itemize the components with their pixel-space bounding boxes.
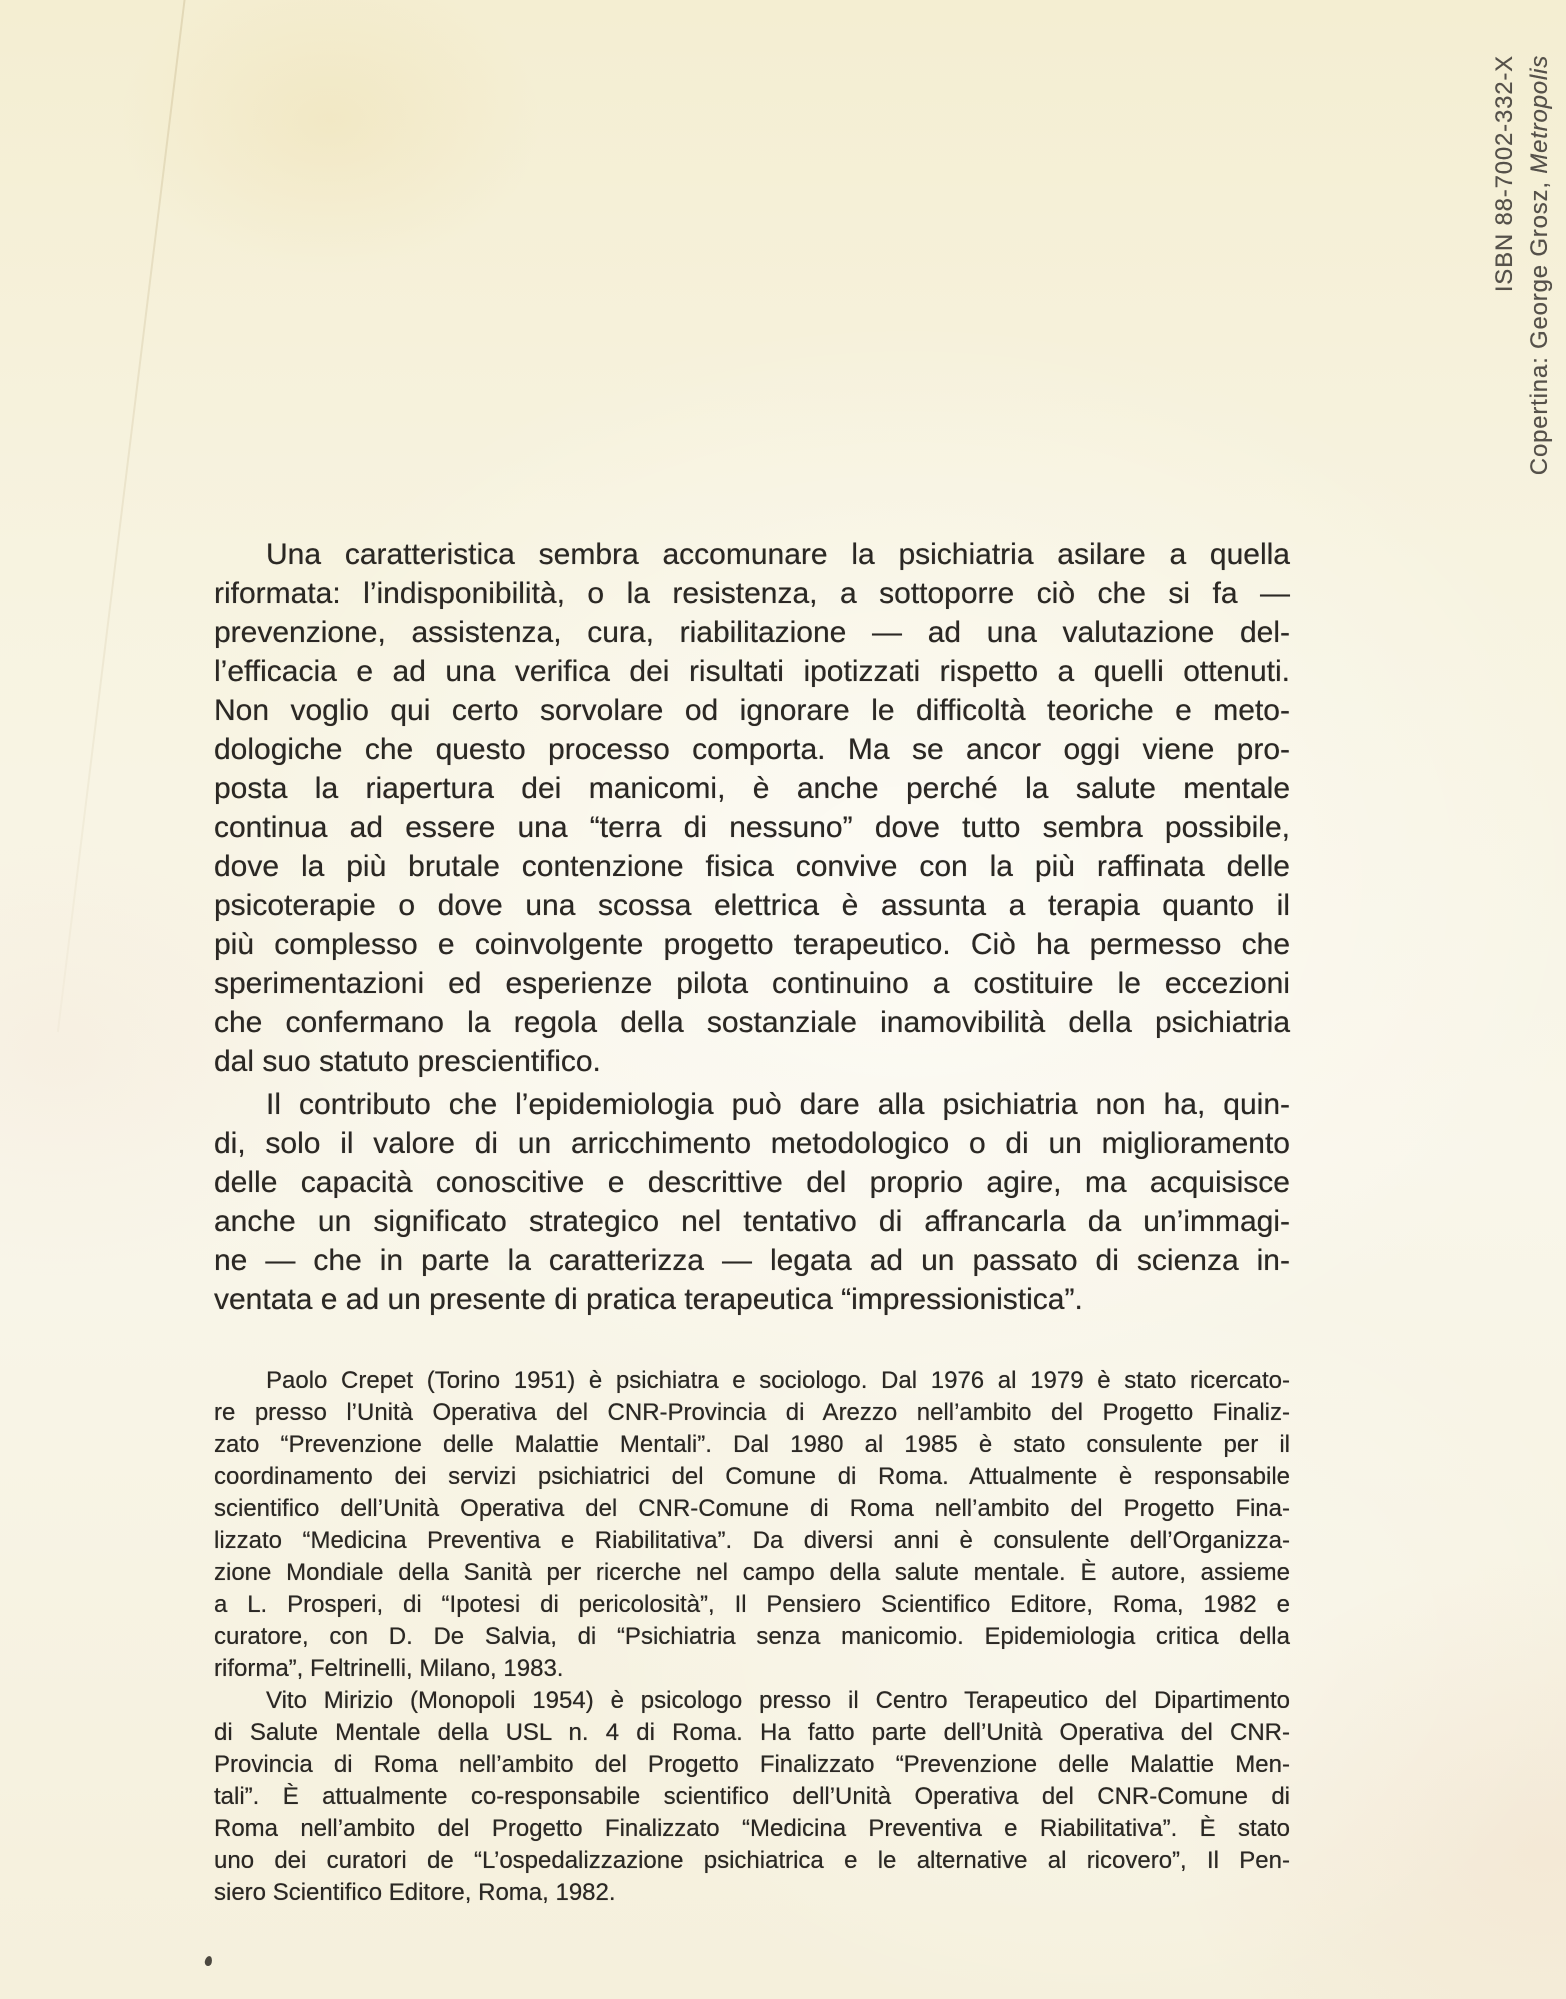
text-line: psicoterapie o dove una scossa elettrica… — [214, 886, 1290, 925]
text-line: curatore, con D. De Salvia, di “Psichiat… — [214, 1621, 1290, 1653]
text-line: delle capacità conoscitive e descrittive… — [214, 1163, 1290, 1202]
text-line: più complesso e coinvolgente progetto te… — [214, 925, 1290, 964]
cover-credit-vertical-label: Copertina: George Grosz, Metropolis — [1525, 55, 1555, 475]
text-line: prevenzione, assistenza, cura, riabilita… — [214, 613, 1290, 652]
text-line: posta la riapertura dei manicomi, è anch… — [214, 769, 1290, 808]
text-line: a L. Prosperi, di “Ipotesi di pericolosi… — [214, 1589, 1290, 1621]
text-line: Non voglio qui certo sorvolare od ignora… — [214, 691, 1290, 730]
text-line: dove la più brutale contenzione fisica c… — [214, 847, 1290, 886]
text-line: Paolo Crepet (Torino 1951) è psichiatra … — [214, 1365, 1290, 1397]
text-line: dologiche che questo processo comporta. … — [214, 730, 1290, 769]
text-line: di Salute Mentale della USL n. 4 di Roma… — [214, 1717, 1290, 1749]
ink-speck — [204, 1955, 213, 1966]
book-back-cover: { "colors": { "paper_color": "#f6f0d6", … — [0, 0, 1566, 1999]
text-line: ventata e ad un presente di pratica tera… — [214, 1280, 1290, 1319]
text-line: Vito Mirizio (Monopoli 1954) è psicologo… — [214, 1685, 1290, 1717]
body-text: Una caratteristica sembra accomunare la … — [214, 535, 1290, 1909]
text-line: riformata: l’indisponibilità, o la resis… — [214, 574, 1290, 613]
text-line: che confermano la regola della sostanzia… — [214, 1003, 1290, 1042]
text-line: riforma”, Feltrinelli, Milano, 1983. — [214, 1653, 1290, 1685]
text-line: Una caratteristica sembra accomunare la … — [214, 535, 1290, 574]
text-line: di, solo il valore di un arricchimento m… — [214, 1124, 1290, 1163]
text-line: zione Mondiale della Sanità per ricerche… — [214, 1557, 1290, 1589]
text-line: coordinamento dei servizi psichiatrici d… — [214, 1461, 1290, 1493]
isbn-vertical-label: ISBN 88-7002-332-X — [1490, 55, 1520, 292]
spine-credits: ISBN 88-7002-332-X Copertina: George Gro… — [1490, 55, 1555, 475]
text-line: uno dei curatori de “L’ospedalizzazione … — [214, 1845, 1290, 1877]
text-line: lizzato “Medicina Preventiva e Riabilita… — [214, 1525, 1290, 1557]
text-line: anche un significato strategico nel tent… — [214, 1202, 1290, 1241]
paragraph-contributo-epidemiologia: Il contributo che l’epidemiologia può da… — [214, 1085, 1290, 1319]
text-line: re presso l’Unità Operativa del CNR-Prov… — [214, 1397, 1290, 1429]
text-line: sperimentazioni ed esperienze pilota con… — [214, 964, 1290, 1003]
text-line: Provincia di Roma nell’ambito del Proget… — [214, 1749, 1290, 1781]
text-line: Il contributo che l’epidemiologia può da… — [214, 1085, 1290, 1124]
text-line: dal suo statuto prescientifico. — [214, 1042, 1290, 1081]
text-line: ne — che in parte la caratterizza — lega… — [214, 1241, 1290, 1280]
bio-vito-mirizio: Vito Mirizio (Monopoli 1954) è psicologo… — [214, 1685, 1290, 1909]
text-line: continua ad essere una “terra di nessuno… — [214, 808, 1290, 847]
cover-credit-text: Copertina: George Grosz, — [1526, 174, 1553, 475]
text-line: l’efficacia e ad una verifica dei risult… — [214, 652, 1290, 691]
text-line: zato “Prevenzione delle Malattie Mentali… — [214, 1429, 1290, 1461]
text-line: Roma nell’ambito del Progetto Finalizzat… — [214, 1813, 1290, 1845]
text-line: siero Scientifico Editore, Roma, 1982. — [214, 1877, 1290, 1909]
text-line: scientifico dell’Unità Operativa del CNR… — [214, 1493, 1290, 1525]
paragraph-psichiatria-asilare: Una caratteristica sembra accomunare la … — [214, 535, 1290, 1081]
paper-crease — [57, 0, 188, 1032]
cover-credit-artwork-title: Metropolis — [1526, 55, 1553, 174]
text-line: tali”. È attualmente co-responsabile sci… — [214, 1781, 1290, 1813]
bio-paolo-crepet: Paolo Crepet (Torino 1951) è psichiatra … — [214, 1365, 1290, 1685]
